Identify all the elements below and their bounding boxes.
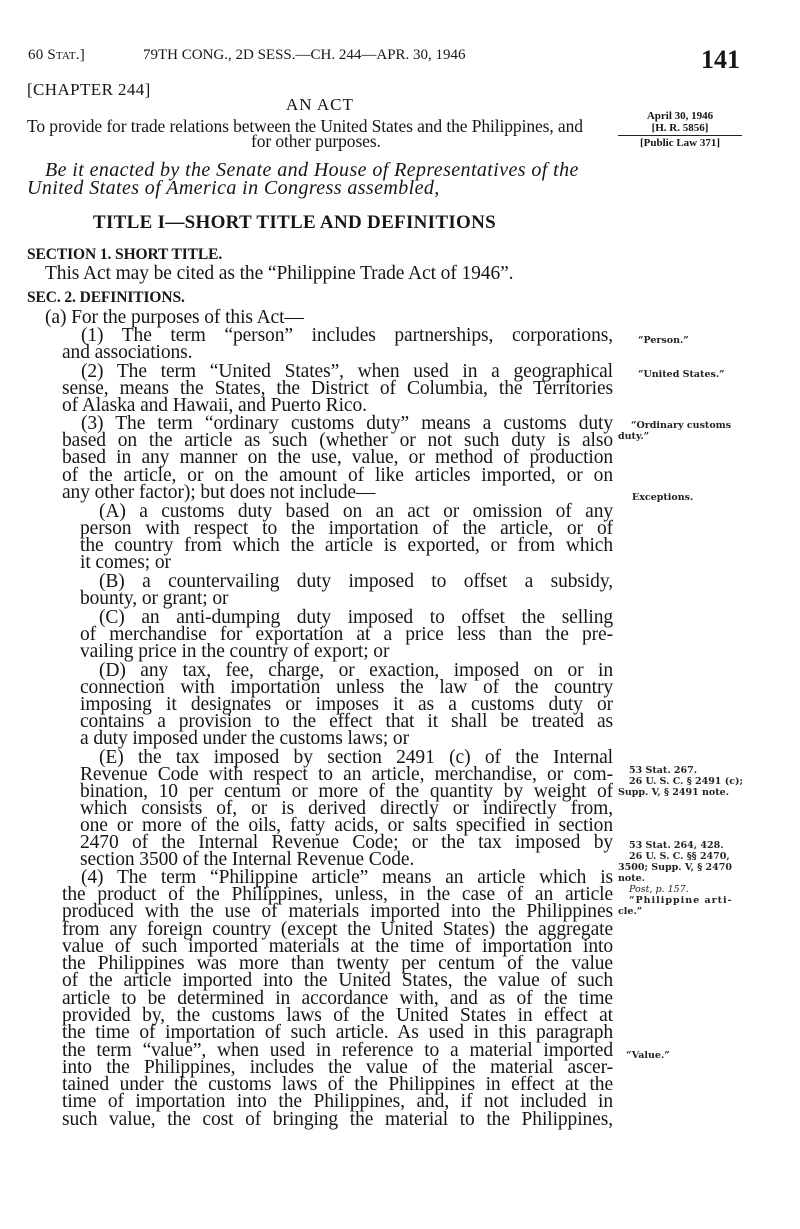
body-line: such value, the cost of bringing the mat… — [62, 1110, 613, 1130]
margin-note-line: 3500; Supp. V, § 2470 — [618, 862, 733, 873]
margin-note-line: 53 Stat. 267. — [618, 765, 743, 776]
body-line: section 3500 of the Internal Revenue Cod… — [80, 850, 414, 870]
body-line: of Alaska and Hawaii, and Puerto Rico. — [62, 396, 367, 416]
margin-note-line: “Philippine arti- — [618, 895, 733, 906]
section-1-text: This Act may be cited as the “Philippine… — [45, 264, 513, 284]
margin-note-united-states: “United States.” — [638, 369, 725, 380]
margin-note-line: 53 Stat. 264, 428. — [618, 840, 733, 851]
section-2-heading: SEC. 2. DEFINITIONS. — [27, 289, 185, 307]
margin-note-line: note. — [618, 873, 733, 884]
running-head: 79TH CONG., 2D SESS.—CH. 244—APR. 30, 19… — [143, 47, 466, 64]
bill-number: [H. R. 5856] — [618, 122, 742, 134]
body-line: any other factor); but does not include— — [62, 483, 375, 503]
body-line: (a) For the purposes of this Act— — [45, 308, 304, 328]
approval-divider — [618, 135, 742, 136]
margin-note-line: Supp. V, § 2491 note. — [618, 787, 743, 798]
body-line: produced with the use of materials impor… — [62, 902, 613, 922]
public-law-number: [Public Law 371] — [618, 137, 742, 149]
margin-note-person: “Person.” — [638, 335, 689, 346]
chapter-label: [CHAPTER 244] — [27, 80, 151, 100]
body-line: vailing price in the country of export; … — [80, 642, 389, 662]
section-1-heading: SECTION 1. SHORT TITLE. — [27, 246, 222, 264]
volume-reference: 60 Stat.] — [28, 47, 85, 64]
page-number: 141 — [701, 45, 740, 75]
body-line: the time of importation of such article.… — [62, 1023, 613, 1043]
act-heading: AN ACT — [286, 95, 354, 115]
body-line: it comes; or — [80, 553, 171, 573]
margin-note-line: 26 U. S. C. § 2491 (c); — [618, 776, 743, 787]
body-line: and associations. — [62, 343, 192, 363]
margin-note-post-reference: Post, p. 157. — [618, 884, 733, 895]
body-line: based in any manner on the use, value, o… — [62, 448, 613, 468]
body-line: time of importation into the Philippines… — [62, 1092, 613, 1112]
margin-note-citation-2470: 53 Stat. 264, 428. 26 U. S. C. §§ 2470, … — [618, 840, 733, 917]
body-line: bounty, or grant; or — [80, 589, 228, 609]
approval-block: April 30, 1946 [H. R. 5856] [Public Law … — [618, 110, 742, 149]
title-heading: TITLE I—SHORT TITLE AND DEFINITIONS — [93, 212, 496, 234]
enacting-clause-line-2: United States of America in Congress ass… — [27, 178, 440, 198]
approval-date: April 30, 1946 — [618, 110, 742, 122]
margin-note-line: cle.” — [618, 906, 733, 917]
body-line: a duty imposed under the customs laws; o… — [80, 729, 409, 749]
margin-note-line: “Ordinary customs — [618, 420, 731, 431]
body-line: of the article imported into the United … — [62, 971, 613, 991]
margin-note-citation-2491: 53 Stat. 267. 26 U. S. C. § 2491 (c); Su… — [618, 765, 743, 798]
margin-note-line: duty.” — [618, 431, 731, 442]
margin-note-line: 26 U. S. C. §§ 2470, — [618, 851, 733, 862]
act-purpose-line-2: for other purposes. — [251, 131, 381, 151]
margin-note-value: “Value.” — [626, 1050, 670, 1061]
margin-note-ordinary-customs-duty: “Ordinary customs duty.” — [618, 420, 731, 442]
margin-note-exceptions: Exceptions. — [632, 492, 693, 503]
